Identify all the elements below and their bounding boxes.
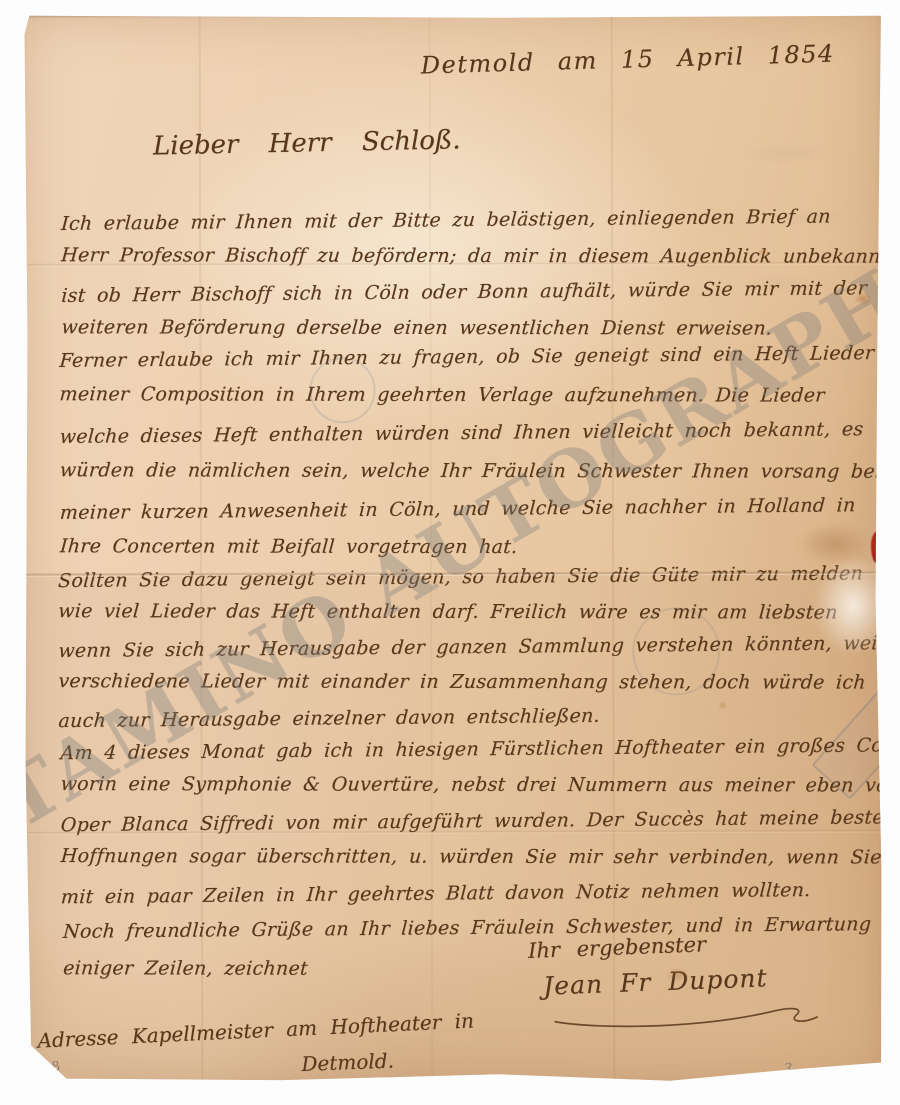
letter-line: Am 4 dieses Monat gab ich in hiesigen Fü…: [59, 726, 900, 771]
letter-line: Ich erlaube mir Ihnen mit der Bitte zu b…: [60, 198, 890, 242]
body-paragraph-4: Am 4 dieses Monat gab ich in hiesigen Fü…: [60, 730, 900, 912]
fox-spot: [666, 967, 690, 982]
letter-line: Noch freundliche Grüße an Ihr liebes Frä…: [62, 904, 873, 953]
body-paragraph-2: Ferner erlaube ich mir Ihnen zu fragen, …: [59, 337, 881, 567]
letter-scan: Detmold am 15 April 1854 Lieber Herr Sch…: [0, 0, 900, 1105]
body-paragraph-1: Ich erlaube mir Ihnen mit der Bitte zu b…: [61, 201, 889, 347]
letter-line: Oper Blanca Siffredi von mir aufgeführt …: [60, 798, 900, 843]
stain: [797, 523, 872, 565]
fox-spot: [718, 701, 727, 709]
body-paragraph-3: Sollten Sie dazu geneigt sein mögen, so …: [58, 559, 900, 736]
signature-flourish: [551, 1001, 821, 1032]
pencil-number: 168: [32, 1059, 62, 1079]
letter-line: Herr Professor Bischoff zu befördern; da…: [60, 237, 890, 274]
letter-paper: Detmold am 15 April 1854 Lieber Herr Sch…: [21, 11, 886, 1085]
paper-top-edge-shadow: [21, 11, 883, 18]
letter-line: welche dieses Heft enthalten würden sind…: [59, 410, 883, 456]
fox-spot: [854, 293, 871, 305]
letter-line: worin eine Symphonie & Ouvertüre, nebst …: [59, 766, 900, 804]
letter-line: meiner Composition in Ihrem geehrten Ver…: [58, 375, 882, 414]
letter-line: meiner kurzen Anwesenheit in Cöln, und w…: [59, 486, 883, 532]
fox-spot: [758, 248, 768, 256]
letter-line: wenn Sie sich zur Herausgabe der ganzen …: [57, 626, 900, 669]
letter-line: Ferner erlaube ich mir Ihnen zu fragen, …: [58, 334, 882, 380]
letter-line: wie viel Lieder das Heft enthalten darf.…: [57, 594, 900, 631]
pencil-price: 3—: [783, 1061, 806, 1077]
letter-line: Sollten Sie dazu geneigt sein mögen, so …: [57, 556, 900, 599]
address-line-2: Detmold.: [301, 1049, 394, 1076]
letter-line: ist ob Herr Bischoff sich in Cöln oder B…: [60, 270, 890, 314]
letter-line: verschiedene Lieder mit einander in Zusa…: [57, 664, 900, 701]
dateline: Detmold am 15 April 1854: [420, 40, 835, 80]
letter-line: würden die nämlichen sein, welche Ihr Fr…: [58, 451, 882, 490]
wax-seal-remnant: [871, 531, 883, 563]
letter-line: Hoffnungen sogar überschritten, u. würde…: [60, 838, 900, 876]
fox-spot: [443, 754, 451, 761]
